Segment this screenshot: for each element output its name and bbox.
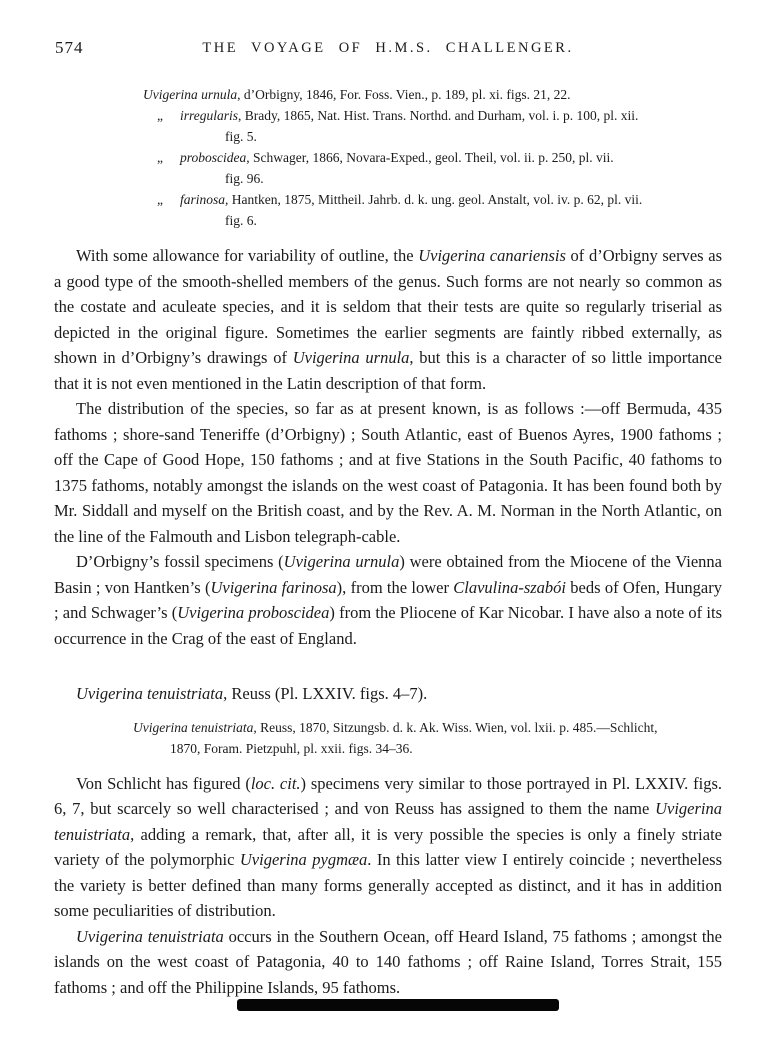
species-citation: Uvigerina tenuistriata, Reuss, 1870, Sit… xyxy=(0,717,776,759)
synonymy-continuation: fig. 6. xyxy=(225,210,736,231)
synonymy-entry: Uvigerina urnula, d’Orbigny, 1846, For. … xyxy=(143,84,736,105)
running-title: THE VOYAGE OF H.M.S. CHALLENGER. xyxy=(0,40,776,57)
synonymy-entry: „irregularis, Brady, 1865, Nat. Hist. Tr… xyxy=(143,105,736,147)
ditto-mark: „ xyxy=(143,105,180,126)
synonymy-entry: „proboscidea, Schwager, 1866, Novara-Exp… xyxy=(143,147,736,189)
species-heading: Uvigerina tenuistriata, Reuss (Pl. LXXIV… xyxy=(54,681,722,707)
citation-line: 1870, Foram. Pietzpuhl, pl. xxii. figs. … xyxy=(170,738,776,759)
synonymy-text: irregularis, Brady, 1865, Nat. Hist. Tra… xyxy=(180,108,638,123)
book-page: 574 THE VOYAGE OF H.M.S. CHALLENGER. Uvi… xyxy=(0,0,776,1050)
synonymy-text: proboscidea, Schwager, 1866, Novara-Expe… xyxy=(180,150,614,165)
paragraph-variability: With some allowance for variability of o… xyxy=(54,243,722,396)
synonymy-continuation: fig. 96. xyxy=(225,168,736,189)
page-header: 574 THE VOYAGE OF H.M.S. CHALLENGER. xyxy=(0,0,776,64)
ditto-mark: „ xyxy=(143,147,180,168)
paragraph-fossil-records: D’Orbigny’s fossil specimens (Uvigerina … xyxy=(54,549,722,651)
synonymy-text: Uvigerina urnula, d’Orbigny, 1846, For. … xyxy=(143,84,736,105)
synonymy-entry: „farinosa, Hantken, 1875, Mittheil. Jahr… xyxy=(143,189,736,231)
ditto-mark: „ xyxy=(143,189,180,210)
synonymy-text: farinosa, Hantken, 1875, Mittheil. Jahrb… xyxy=(180,192,642,207)
synonymy-list: Uvigerina urnula, d’Orbigny, 1846, For. … xyxy=(143,84,736,231)
scan-artifact-bar xyxy=(237,999,559,1011)
paragraph-distribution: The distribution of the species, so far … xyxy=(54,396,722,549)
synonymy-continuation: fig. 5. xyxy=(225,126,736,147)
citation-line: Uvigerina tenuistriata, Reuss, 1870, Sit… xyxy=(133,717,736,738)
page-number: 574 xyxy=(55,38,84,58)
paragraph-occurrence: Uvigerina tenuistriata occurs in the Sou… xyxy=(54,924,722,1001)
paragraph-schlicht-discussion: Von Schlicht has figured (loc. cit.) spe… xyxy=(54,771,722,924)
